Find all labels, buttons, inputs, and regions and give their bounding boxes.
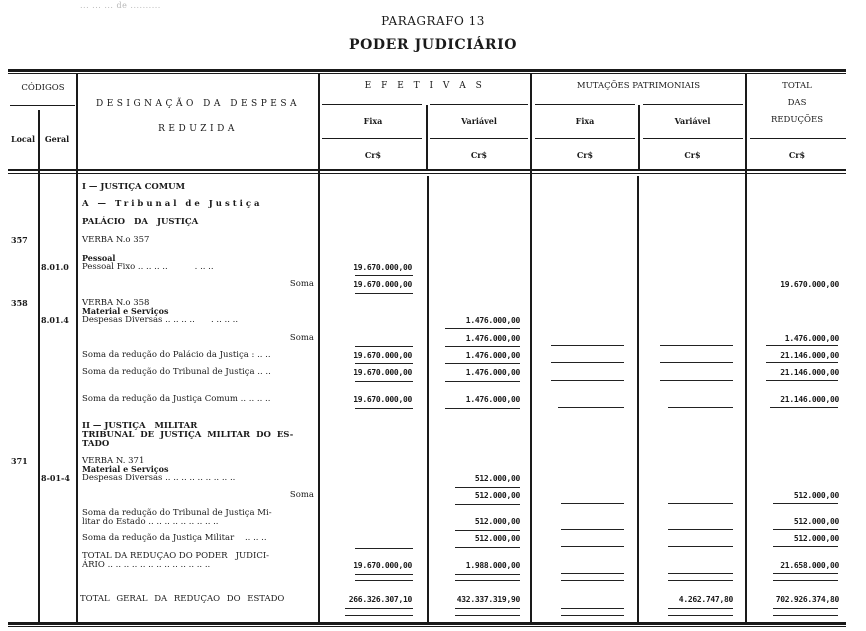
value-soma-358-total: 1.476.000,00	[747, 334, 839, 343]
underline	[766, 345, 838, 346]
value-estado-total: 702.926.374,80	[747, 595, 839, 604]
header-codigos: CÓDIGOS	[10, 83, 76, 93]
underline	[355, 408, 413, 409]
total-estado-label: TOTAL GERAL DA REDUÇAO DO ESTADO	[80, 595, 284, 604]
underline	[561, 529, 624, 530]
underline	[766, 362, 838, 363]
subheader-rule-mutacoes	[535, 138, 635, 139]
col-divider-local-geral	[38, 110, 40, 622]
soma-357-label: Soma	[276, 280, 314, 289]
header-das: DAS	[747, 98, 847, 108]
underline	[660, 362, 733, 363]
underline	[551, 345, 624, 346]
code-local-371: 371	[11, 457, 28, 466]
col-divider-mutacoes-fixa-body	[637, 176, 639, 622]
paragraph-number: PARAGRAFO 13	[0, 14, 866, 28]
underline	[345, 615, 413, 616]
underline	[455, 547, 520, 548]
header-efetivas: E F E T I V A S	[320, 81, 530, 91]
underline	[660, 380, 733, 381]
value-palacio-fixa: 19.670.000,00	[320, 351, 412, 360]
underline	[668, 407, 733, 408]
code-geral-8010: 8.01.0	[41, 263, 69, 272]
value-despesas-358-variavel: 1.476.000,00	[430, 316, 520, 325]
underline	[558, 407, 624, 408]
value-estado-fixa: 266.326.307,10	[320, 595, 412, 604]
underline	[455, 504, 520, 505]
underline	[445, 346, 520, 347]
underline	[355, 580, 413, 581]
underline	[660, 345, 733, 346]
underline	[355, 381, 413, 382]
underline	[773, 608, 838, 609]
table-bottom-rule	[8, 622, 846, 625]
header-bottom-rule	[8, 169, 846, 171]
currency-mutacoes-fixa: Cr$	[532, 150, 638, 160]
underline	[455, 574, 520, 575]
header-efetivas-variavel: Variável	[428, 116, 530, 126]
value-comum-fixa: 19.670.000,00	[320, 395, 412, 404]
underline	[766, 380, 838, 381]
value-poder-fixa: 19.670.000,00	[320, 561, 412, 570]
value-tribunal-variavel: 1.476.000,00	[430, 368, 520, 377]
underline	[668, 529, 733, 530]
col-divider-codigos	[76, 74, 78, 622]
subheader-rule-total	[750, 138, 846, 139]
stray-header-text: ... ... ... de ..........	[80, 1, 161, 10]
underline	[445, 363, 520, 364]
subsection-tribunal-justica: A — Tribunal de Justiça	[82, 200, 263, 209]
value-pessoal-fixo-fixa: 19.670.000,00	[320, 263, 412, 272]
underline	[668, 580, 733, 581]
header-total: TOTAL	[747, 81, 847, 91]
underline	[355, 275, 413, 276]
code-local-357: 357	[11, 236, 28, 245]
value-comum-variavel: 1.476.000,00	[430, 395, 520, 404]
group-pessoal: Pessoal	[82, 254, 115, 262]
value-poder-variavel: 1.988.000,00	[430, 561, 520, 570]
soma-militar-label: Soma da redução da Justiça Militar .. ..…	[82, 534, 267, 543]
value-soma-371-total: 512.000,00	[747, 491, 839, 500]
value-tribunal-fixa: 19.670.000,00	[320, 368, 412, 377]
item-despesas-diversas-358: Despesas Diversas .. .. .. .. . .. .. ..	[82, 316, 238, 325]
underline	[668, 546, 733, 547]
underline	[455, 580, 520, 581]
underline	[773, 546, 838, 547]
underline	[455, 615, 520, 616]
value-estado-mutacoes-variavel: 4.262.747,80	[640, 595, 733, 604]
value-militar-variavel: 512.000,00	[430, 534, 520, 543]
header-mutacoes: MUTAÇÕES PATRIMONIAIS	[532, 81, 745, 91]
underline	[561, 615, 624, 616]
subheader-rule-mutacoes-2	[643, 138, 743, 139]
value-soma-371-variavel: 512.000,00	[430, 491, 520, 500]
underline	[561, 573, 624, 574]
code-local-358: 358	[11, 299, 28, 308]
underline	[551, 362, 624, 363]
underline	[355, 363, 413, 364]
verba-357-label: VERBA N.o 357	[82, 236, 149, 245]
efetivas-underline	[322, 104, 422, 105]
underline	[773, 580, 838, 581]
underline	[770, 407, 838, 408]
underline	[455, 487, 520, 488]
header-mutacoes-fixa: Fixa	[532, 116, 638, 126]
underline	[445, 328, 520, 329]
soma-tribunal-label: Soma da redução do Tribunal de Justiça .…	[82, 368, 271, 377]
underline	[455, 608, 520, 609]
currency-efetivas-fixa: Cr$	[320, 150, 426, 160]
group-material-servicos-371: Material e Serviços	[82, 465, 168, 473]
soma-371-label: Soma	[270, 491, 314, 500]
subheader-rule-efetivas-2	[430, 138, 528, 139]
value-tjm-variavel: 512.000,00	[430, 517, 520, 526]
table-bottom-rule-thin	[8, 626, 846, 627]
value-soma-358-variavel: 1.476.000,00	[430, 334, 520, 343]
col-divider-efetivas-fixa-body	[427, 176, 429, 622]
underline	[345, 608, 413, 609]
header-bottom-rule-thin	[8, 173, 846, 174]
page-title: PODER JUDICIÁRIO	[0, 37, 866, 53]
code-geral-8014: 8.01.4	[41, 316, 69, 325]
underline	[355, 574, 413, 575]
total-poder-line2: ÁRIO .. .. .. .. .. .. .. .. .. .. .. ..…	[82, 561, 210, 570]
header-reducoes: REDUÇÕES	[747, 115, 847, 125]
underline	[355, 346, 413, 347]
header-efetivas-fixa: Fixa	[320, 116, 426, 126]
soma-comum-label: Soma da redução da Justiça Comum .. .. .…	[82, 395, 270, 404]
soma-tjm-line2: litar do Estado .. .. .. .. .. .. .. .. …	[82, 518, 219, 527]
subsection-tjm-line1: TRIBUNAL DE JUSTIÇA MILITAR DO ES-	[82, 431, 293, 440]
mutacoes-underline-2	[643, 104, 743, 105]
table-top-rule-thin	[8, 73, 846, 74]
underline	[355, 548, 413, 549]
heading-palacio-justica: PALÁCIO DA JUSTIÇA	[82, 218, 198, 227]
underline	[668, 608, 733, 609]
group-material-servicos: Material e Serviços	[82, 307, 168, 315]
item-despesas-diversas-371: Despesas Diversas .. .. .. .. .. .. .. .…	[82, 474, 235, 483]
underline	[561, 580, 624, 581]
header-geral: Geral	[38, 134, 76, 144]
section-justica-comum: I — JUSTIÇA COMUM	[82, 183, 185, 192]
value-palacio-total: 21.146.000,00	[747, 351, 839, 360]
soma-palacio-label: Soma da redução do Palácio da Justiça : …	[82, 351, 271, 360]
value-tribunal-total: 21.146.000,00	[747, 368, 839, 377]
subheader-rule-efetivas	[322, 138, 422, 139]
underline	[668, 615, 733, 616]
currency-total: Cr$	[747, 150, 847, 160]
header-designacao: DESIGNAÇÃO DA DESPESA	[78, 99, 318, 109]
value-comum-total: 21.146.000,00	[747, 395, 839, 404]
underline	[773, 573, 838, 574]
underline	[773, 615, 838, 616]
value-soma-357-total: 19.670.000,00	[747, 280, 839, 289]
efetivas-underline-2	[430, 104, 528, 105]
table-top-rule	[8, 69, 846, 72]
underline	[668, 503, 733, 504]
currency-mutacoes-variavel: Cr$	[640, 150, 745, 160]
underline	[561, 608, 624, 609]
underline	[455, 530, 520, 531]
currency-efetivas-variavel: Cr$	[428, 150, 530, 160]
code-geral-8-01-4: 8-01-4	[41, 474, 70, 483]
value-poder-total: 21.658.000,00	[747, 561, 839, 570]
codigos-underline	[10, 105, 75, 106]
underline	[773, 529, 838, 530]
underline	[355, 293, 413, 294]
value-palacio-variavel: 1.476.000,00	[430, 351, 520, 360]
value-despesas-371-variavel: 512.000,00	[430, 474, 520, 483]
item-pessoal-fixo: Pessoal Fixo .. .. .. .. . .. ..	[82, 263, 214, 272]
underline	[445, 381, 520, 382]
underline	[551, 380, 624, 381]
underline	[773, 503, 838, 504]
value-soma-357-fixa: 19.670.000,00	[320, 280, 412, 289]
value-tjm-total: 512.000,00	[747, 517, 839, 526]
header-reduzida: REDUZIDA	[78, 124, 318, 134]
value-militar-total: 512.000,00	[747, 534, 839, 543]
soma-358-label: Soma	[276, 334, 314, 343]
header-local: Local	[8, 134, 38, 144]
header-mutacoes-variavel: Variável	[640, 116, 745, 126]
underline	[668, 573, 733, 574]
value-estado-variavel: 432.337.319,90	[430, 595, 520, 604]
underline	[561, 503, 624, 504]
subsection-tjm-line2: TADO	[82, 440, 109, 449]
underline	[445, 408, 520, 409]
mutacoes-underline	[535, 104, 635, 105]
underline	[561, 546, 624, 547]
